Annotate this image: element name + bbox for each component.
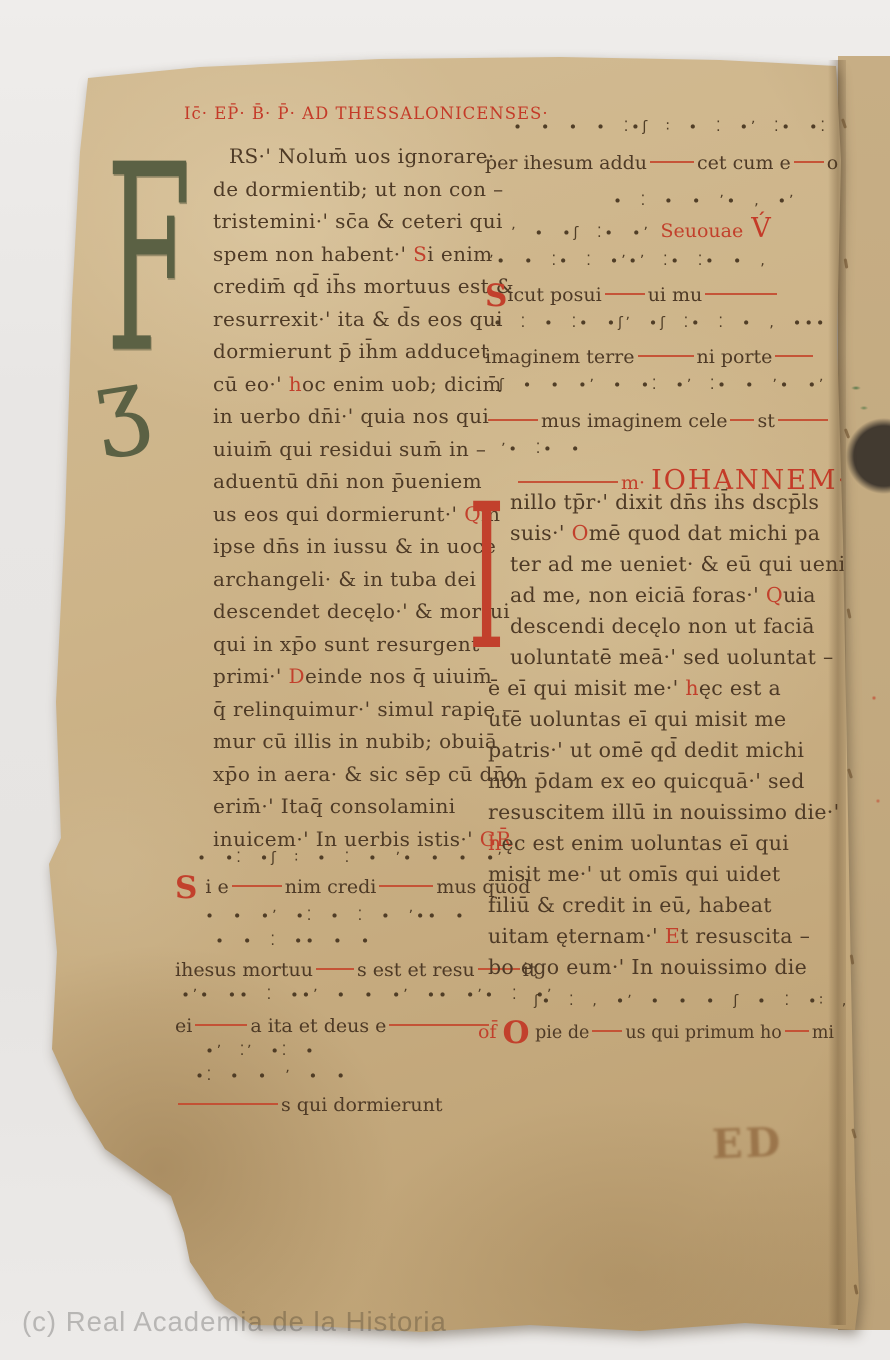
text-line: spem non habent·' Si enim (213, 238, 518, 271)
neumes: ʃ∙ ⁚ , ∙ʼ ∙ ∙ ∙ ʃ ∙ ⁚ ∙∶ , (534, 993, 849, 1009)
text-line: per ihesum adducet cum eo (485, 150, 865, 176)
text-segment: resuscitem illū in nouissimo die·' (488, 800, 840, 824)
text-segment: einde nos q̄ uiuim̄ (305, 664, 492, 688)
neumes: ∙ ⁚ ∙ ∙ ʼ∙ , ∙ʼ (613, 193, 796, 209)
gradual-chant-left: ∙ ∙⁚ ∙ʃ ∶ ∙ ⁚ ∙ ʼ∙ ∙ ∙ ∙ʼSi enim credimu… (175, 845, 505, 1117)
text-segment: RS·' Nolum̄ uos ignorare· (229, 144, 495, 168)
text-segment: q̄ relinquimur·' simul rapie – (213, 697, 513, 721)
text-segment: aduentū dn̄i non p̄ueniem (213, 469, 482, 493)
text-segment: t resuscita – (680, 924, 810, 948)
neume-row: ʃ ∙ ∙ ∙ʼ ∙ ∙⁚ ∙ʼ ⁚∙ ∙ ʼ∙ ∙ʼ (485, 370, 865, 398)
text-segment: cū eo·' (213, 372, 289, 396)
text-line: Sicut posuiui mu (485, 282, 865, 308)
melisma-extender-line (778, 419, 828, 421)
text-segment: patris·' ut omē qd̄ dedit michi (488, 738, 804, 762)
text-segment: oc enim uob; dicim̄ (302, 372, 502, 396)
melisma-extender-line (592, 1030, 622, 1032)
text-segment: s qui dormierunt (281, 1094, 443, 1116)
text-segment: ni porte (697, 346, 773, 368)
text-segment: filiū & credit in eū, habeat (488, 893, 772, 917)
text-segment: utē uoluntas eī qui misit me (488, 707, 787, 731)
rubric-text: h (488, 831, 502, 855)
text-line: in uerbo dn̄i·' quia nos qui (213, 400, 518, 433)
melisma-extender-line (705, 293, 777, 295)
neume-row: ʃ∙ ⁚ , ∙ʼ ∙ ∙ ∙ ʃ ∙ ⁚ ∙∶ , (478, 988, 873, 1013)
neume-row: ∙ ⁚ ∙ ∙ ʼ∙ , ∙ʼ (485, 186, 865, 214)
text-segment: icut posui (507, 284, 601, 306)
neume-row: ∙ ∙⁚ ∙ʃ ∶ ∙ ⁚ ∙ ʼ∙ ∙ ∙ ∙ʼ (175, 845, 505, 870)
text-line: ter ad me ueniet· & eū qui uenit (488, 549, 854, 580)
melisma-extender-line (775, 355, 813, 357)
text-line: xp̄o in aera· & sic sēp cū dn̄o (213, 758, 518, 791)
offertory-chant: ʃ∙ ⁚ , ∙ʼ ∙ ∙ ∙ ʃ ∙ ⁚ ∙∶ ,of̄ O pie deus… (478, 988, 873, 1045)
text-segment: pie de (530, 1023, 590, 1043)
text-line: filiū & credit in eū, habeat (488, 890, 854, 921)
neumes: ʼ ∙ ∙ʃ ⁚∙ ∙ʼ (511, 225, 650, 241)
neume-row: ∙ ∙ ∙ʼ ∙⁚ ∙ ⁚ ∙ ʼ∙∙ ∙ (175, 903, 505, 928)
melisma-extender-line (638, 355, 694, 357)
text-segment: ui mu (648, 284, 703, 306)
neumes: ʃ ∙ ∙ ∙ʼ ∙ ∙⁚ ∙ʼ ⁚∙ ∙ ʼ∙ ∙ʼ (499, 377, 826, 393)
neume-row: ∙ ∙ ∙ ∙ ⁚∙ʃ ∶ ∙ ⁚ ∙ʼ ⁚∙ ∙⁚ (485, 112, 865, 140)
text-segment: us qui primum ho (625, 1023, 781, 1043)
text-line: patris·' ut omē qd̄ dedit michi (488, 735, 854, 766)
text-line: ad me, non eiciā foras·' Quia (488, 580, 854, 611)
text-segment: mus imaginem cele (541, 410, 727, 432)
melisma-extender-line (794, 161, 824, 163)
text-segment: ipse dn̄s in iussu & in uoce (213, 534, 496, 558)
text-segment: suis·' (510, 521, 572, 545)
binding-gutter-shade (828, 60, 846, 1325)
text-line: nillo tp̄r·' dixit dn̄s ih̄s dscp̄ls (488, 487, 854, 518)
text-segment: ęc est a (699, 676, 781, 700)
text-segment: s est et resu (357, 959, 475, 981)
text-segment: misit me·' ut omīs qui uidet (488, 862, 780, 886)
text-segment: ad me, non eiciā foras·' (510, 583, 766, 607)
melisma-extender-line (195, 1024, 247, 1026)
text-segment: cet cum e (697, 152, 791, 174)
text-segment: us eos qui dormierunt·' (213, 502, 464, 526)
text-segment: in uerbo dn̄i·' quia nos qui (213, 404, 489, 428)
melisma-extender-line (605, 293, 645, 295)
rubric-text: h (289, 372, 302, 396)
text-line: mus imaginem celest (485, 408, 865, 434)
text-line: q̄ relinquimur·' simul rapie – (213, 693, 518, 726)
neume-row: ∙ʼ∙ ∙∙ ⁚ ∙∙ʼ ∙ ∙ ∙ʼ ∙∙ ∙ʼ∙ ⁚ ∙ʼ (175, 982, 505, 1007)
text-segment: tristemini·' sc̄a & ceteri qui (213, 209, 503, 233)
text-segment: i e (205, 876, 228, 898)
text-line: utē uoluntas eī qui misit me (488, 704, 854, 735)
neume-row: ʼ∙ ⁚∙ ∙ (485, 434, 865, 462)
text-line: mur cū illis in nubib; obuiā (213, 725, 518, 758)
text-segment: nillo tp̄r·' dixit dn̄s ih̄s dscp̄ls (510, 490, 819, 514)
rubric-text: Q (766, 583, 783, 607)
text-segment: erim̄·' Itaq̄ consolamini (213, 794, 456, 818)
melisma-extender-line (785, 1030, 809, 1032)
text-line: non p̄dam ex eo quicquā·' sed (488, 766, 854, 797)
neumes: ∙ ∙ ⁚ ∙∙ ∙ ∙ (215, 933, 372, 949)
rubric-text: V́ (751, 213, 773, 244)
text-segment: ē eī qui misit me·' (488, 676, 685, 700)
text-line: hęc est enim uoluntas eī qui (488, 828, 854, 859)
text-segment: resurrexit·' ita & d̄s eos qui (213, 307, 503, 331)
text-line: imaginem terreni porte (485, 344, 865, 370)
rubric-text: S (413, 242, 427, 266)
page-shadow: Ic̄· EP̄· B̄· P̄· AD THESSALONICENSES· F… (0, 0, 890, 1360)
text-segment: descendet decęlo·' & mortui (213, 599, 510, 623)
text-line: RS·' Nolum̄ uos ignorare· (213, 140, 518, 173)
text-segment: ei (175, 1015, 192, 1037)
text-segment: dormierunt p̄ ih̄m adducet (213, 339, 489, 363)
text-line: tristemini·' sc̄a & ceteri qui (213, 205, 518, 238)
rubric-text: Seuouae (660, 220, 743, 242)
text-segment: non p̄dam ex eo quicquā·' sed (488, 769, 805, 793)
melisma-extender-line (518, 481, 618, 483)
neume-row: ∙ ⁚ ∙ ⁚∙ ∙ʃʼ ∙ʃ ⁚∙ ⁚ ∙ , ∙∙∙ ⁚∙ (485, 308, 865, 336)
melisma-extender-line (488, 419, 538, 421)
melisma-extender-line (379, 885, 433, 887)
text-line: dormierunt p̄ ih̄m adducet (213, 335, 518, 368)
rubric-text: of̄ (478, 1021, 503, 1043)
neumes: ∙ ∙ ∙ ∙ ⁚∙ʃ ∶ ∙ ⁚ ∙ʼ ⁚∙ ∙⁚ (513, 119, 827, 135)
red-initial: S (175, 870, 197, 906)
text-segment: ęc est enim uoluntas eī qui (502, 831, 790, 855)
text-segment: uia (783, 583, 816, 607)
text-segment: per ihesum addu (485, 152, 647, 174)
rubric-text: h (685, 676, 699, 700)
neumes: ∙ ∙ ∙ʼ ∙⁚ ∙ ⁚ ∙ ʼ∙∙ ∙ (205, 908, 467, 924)
text-segment: nim credi (285, 876, 377, 898)
text-segment: i enim (427, 242, 492, 266)
text-segment: qui in xp̄o sunt resurgent (213, 632, 480, 656)
text-segment: st (757, 410, 774, 432)
text-segment: primi·' (213, 664, 289, 688)
text-segment: archangeli· & in tuba dei (213, 567, 476, 591)
neume-row: ʼ ∙ ∙ʃ ⁚∙ ∙ʼSeuouaeV́ (485, 216, 865, 246)
neume-row: ∙ʼ ⁚ʼ ∙⁚ ∙ (175, 1038, 505, 1063)
text-segment: a ita et deus e (250, 1015, 386, 1037)
text-segment: xp̄o in aera· & sic sēp cū dn̄o (213, 762, 518, 786)
neumes: ʼ∙ ⁚∙ ∙ (501, 441, 582, 457)
melisma-extender-line (389, 1024, 489, 1026)
text-line: of̄ O pie deus qui primum homi (478, 1021, 873, 1045)
text-line: eia ita et deus e (175, 1015, 505, 1038)
text-line: misit me·' ut omīs qui uidet (488, 859, 854, 890)
text-line: erim̄·' Itaq̄ consolamini (213, 790, 518, 823)
text-segment: imaginem terre (485, 346, 635, 368)
text-segment: de dormientib; ut non con – (213, 177, 504, 201)
photo-background: Ic̄· EP̄· B̄· P̄· AD THESSALONICENSES· F… (0, 0, 890, 1360)
text-segment: ter ad me ueniet· & eū qui uenit (510, 552, 854, 576)
text-line: s qui dormierunt (175, 1094, 505, 1117)
library-stamp: ED (711, 1119, 784, 1168)
text-line: ē eī qui misit me·' hęc est a (488, 673, 854, 704)
neumes: ∙ ⁚ ∙ ⁚∙ ∙ʃʼ ∙ʃ ⁚∙ ⁚ ∙ , ∙∙∙ ⁚∙ (493, 315, 862, 331)
neume-row: ʼ∙ ∙ ⁚∙ ⁚ ∙ʼ∙ʼ ⁚∙ ⁚∙ ∙ , (485, 246, 865, 274)
copyright-watermark: (c) Real Academia de la Historia (22, 1306, 447, 1338)
text-segment: uitam ęternam·' (488, 924, 665, 948)
rubric-text: D (289, 664, 305, 688)
text-segment: ihesus mortuu (175, 959, 313, 981)
text-segment: mur cū illis in nubib; obuiā (213, 729, 497, 753)
text-segment: uoluntatē meā·' sed uoluntat – (510, 645, 834, 669)
text-line: uitam ęternam·' Et resuscita – (488, 921, 854, 952)
text-line: de dormientib; ut non con – (213, 173, 518, 206)
text-line: ihesus mortuus est et resuit (175, 959, 505, 982)
text-line: suis·' Omē quod dat michi pa (488, 518, 854, 549)
red-initial: O (503, 1015, 530, 1051)
parchment-leaf: Ic̄· EP̄· B̄· P̄· AD THESSALONICENSES· F… (0, 0, 890, 1360)
decorated-initial-f: F ʒ (106, 132, 210, 282)
neume-row: ∙⁚ ∙ ∙ ʼ ∙ ∙ (175, 1063, 505, 1088)
text-line: resuscitem illū in nouissimo die·' (488, 797, 854, 828)
gradual-chant-right: ∙ ∙ ∙ ∙ ⁚∙ʃ ∶ ∙ ⁚ ∙ʼ ⁚∙ ∙⁚per ihesum add… (485, 112, 865, 496)
text-segment: uiuim̄ qui residui sum̄ in – (213, 437, 486, 461)
rubric-text: E (665, 924, 680, 948)
melisma-extender-line (178, 1103, 278, 1105)
neumes: ∙ʼ ⁚ʼ ∙⁚ ∙ (205, 1043, 317, 1059)
neumes: ∙ ∙⁚ ∙ʃ ∶ ∙ ⁚ ∙ ʼ∙ ∙ ∙ ∙ʼ (197, 850, 504, 866)
melisma-extender-line (650, 161, 694, 163)
rubric-text: O (572, 521, 589, 545)
text-line: resurrexit·' ita & d̄s eos qui (213, 303, 518, 336)
melisma-extender-line (730, 419, 754, 421)
text-line: credim̄ qd̄ ih̄s mortuus est & (213, 270, 518, 303)
neumes: ʼ∙ ∙ ⁚∙ ⁚ ∙ʼ∙ʼ ⁚∙ ⁚∙ ∙ , (489, 253, 767, 269)
text-segment: spem non habent·' (213, 242, 413, 266)
gospel-text-column: nillo tp̄r·' dixit dn̄s ih̄s dscp̄lssuis… (488, 487, 854, 983)
neume-row: ∙ ∙ ⁚ ∙∙ ∙ ∙ (175, 928, 505, 953)
text-segment: descendi decęlo non ut faciā (510, 614, 815, 638)
text-line: cū eo·' hoc enim uob; dicim̄ (213, 368, 518, 401)
melisma-extender-line (316, 968, 354, 970)
text-segment: bo ego eum·' In nouissimo die (488, 955, 807, 979)
text-line: Si enim credimus quod (175, 876, 505, 899)
text-line: bo ego eum·' In nouissimo die (488, 952, 854, 983)
text-line: uoluntatē meā·' sed uoluntat – (488, 642, 854, 673)
text-segment: credim̄ qd̄ ih̄s mortuus est & (213, 274, 514, 298)
text-segment: mē quod dat michi pa (589, 521, 821, 545)
melisma-extender-line (232, 885, 282, 887)
neumes: ∙⁚ ∙ ∙ ʼ ∙ ∙ (195, 1068, 348, 1084)
text-line: descendi decęlo non ut faciā (488, 611, 854, 642)
